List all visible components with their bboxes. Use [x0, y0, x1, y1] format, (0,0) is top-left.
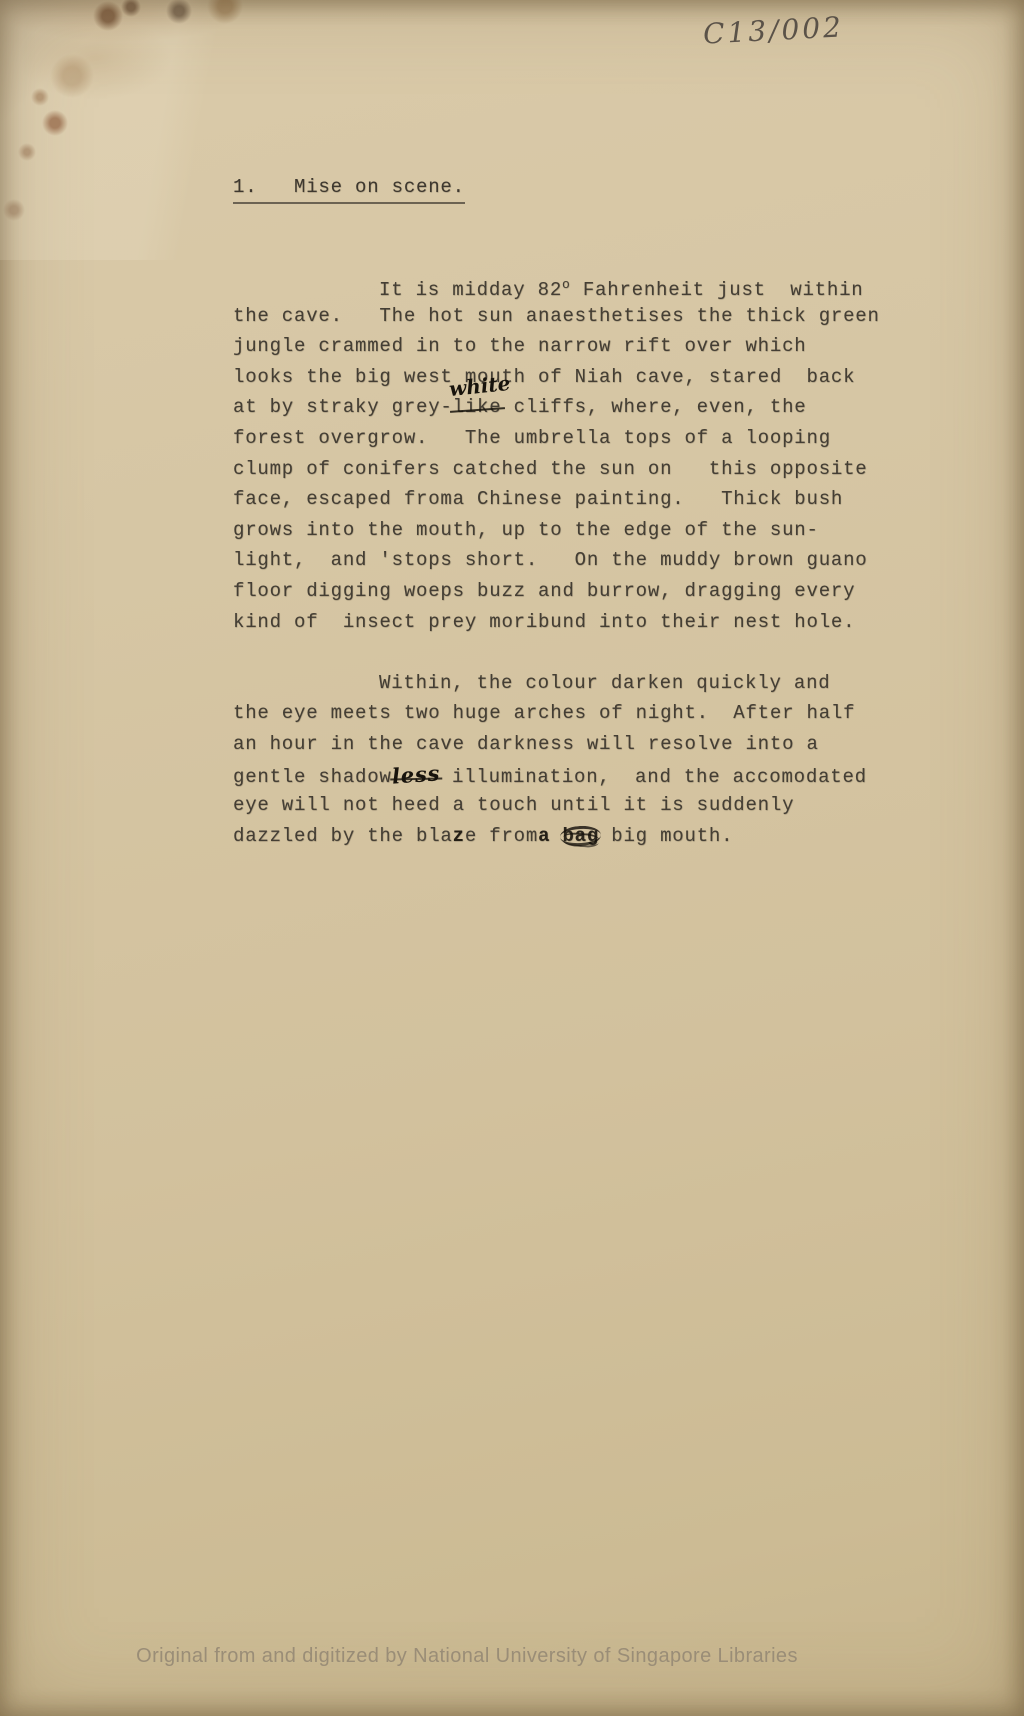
typed-text: illumination, and the accomodated — [440, 766, 867, 788]
typed-line: gentle shadowless illumination, and the … — [233, 760, 913, 791]
typed-line: kind of insect prey moribund into their … — [233, 607, 913, 638]
paper-stains — [0, 0, 1024, 1716]
typed-line: face, escaped froma Chinese painting. Th… — [233, 484, 913, 515]
typed-line: the eye meets two huge arches of night. … — [233, 698, 913, 729]
paper-crease — [0, 0, 260, 260]
scribbled-word: bag — [562, 821, 599, 852]
degree-superscript: o — [562, 270, 571, 301]
typed-text: jungle crammed in to the narrow rift ove… — [233, 335, 807, 357]
typed-line: at by straky grey-likewhite cliffs, wher… — [233, 392, 913, 423]
typed-line: dazzled by the blaze froma bag big mouth… — [233, 821, 913, 852]
typed-text: eye will not heed a touch until it is su… — [233, 794, 794, 816]
overtyped-character: a — [538, 825, 550, 847]
typed-line: forest overgrow. The umbrella tops of a … — [233, 423, 913, 454]
struck-word: likewhite — [453, 392, 502, 423]
typed-text: It is midday 82 — [379, 279, 562, 301]
typed-text: kind of insect prey moribund into their … — [233, 611, 855, 633]
typed-text: e from — [465, 825, 538, 847]
typed-line: the cave. The hot sun anaesthetises the … — [233, 301, 913, 332]
paragraph: It is midday 82o Fahrenheit just withint… — [233, 270, 913, 637]
typed-text: looks the big west mouth of Niah cave, s… — [233, 366, 855, 388]
typed-line: light, and 'stops short. On the muddy br… — [233, 545, 913, 576]
document-body: It is midday 82o Fahrenheit just withint… — [233, 270, 913, 851]
typed-line: clump of conifers catched the sun on thi… — [233, 454, 913, 485]
handwritten-ref-number: C13/002 — [702, 10, 844, 50]
typed-text: dazzled by the bla — [233, 825, 453, 847]
typed-line: floor digging woeps buzz and burrow, dra… — [233, 576, 913, 607]
typed-text: Within, the colour darken quickly and — [379, 672, 830, 694]
typed-line: eye will not heed a touch until it is su… — [233, 790, 913, 821]
typed-text: clump of conifers catched the sun on thi… — [233, 458, 868, 480]
typed-line: an hour in the cave darkness will resolv… — [233, 729, 913, 760]
typed-line: grows into the mouth, up to the edge of … — [233, 515, 913, 546]
handwritten-overwrite: less — [391, 758, 441, 792]
digitization-credit: Original from and digitized by National … — [0, 1645, 979, 1668]
typed-text: big mouth. — [599, 825, 733, 847]
typed-line: jungle crammed in to the narrow rift ove… — [233, 331, 913, 362]
typed-text: face, escaped froma Chinese painting. Th… — [233, 488, 843, 510]
paragraph: Within, the colour darken quickly andthe… — [233, 668, 913, 852]
typed-text: Fahrenheit just within — [571, 279, 864, 301]
typed-text: grows into the mouth, up to the edge of … — [233, 519, 819, 541]
typed-text: the eye meets two huge arches of night. … — [233, 702, 855, 724]
typed-line: Within, the colour darken quickly and — [233, 668, 913, 699]
typed-text: cliffs, where, even, the — [501, 396, 806, 418]
typed-text: at by straky grey- — [233, 396, 453, 418]
typed-text: light, and 'stops short. On the muddy br… — [233, 549, 868, 571]
typed-text: floor digging woeps buzz and burrow, dra… — [233, 580, 855, 602]
typed-text: an hour in the cave darkness will resolv… — [233, 733, 819, 755]
typed-text: the cave. The hot sun anaesthetises the … — [233, 305, 880, 327]
overtyped-character: z — [453, 825, 465, 847]
scanned-document-page: C13/002 1. Mise on scene. It is midday 8… — [0, 0, 1024, 1716]
typed-text: gentle shadow — [233, 766, 392, 788]
section-heading: 1. Mise on scene. — [233, 176, 465, 204]
typed-line: looks the big west mouth of Niah cave, s… — [233, 362, 913, 393]
typed-text: forest overgrow. The umbrella tops of a … — [233, 427, 831, 449]
typed-line: It is midday 82o Fahrenheit just within — [233, 270, 913, 301]
